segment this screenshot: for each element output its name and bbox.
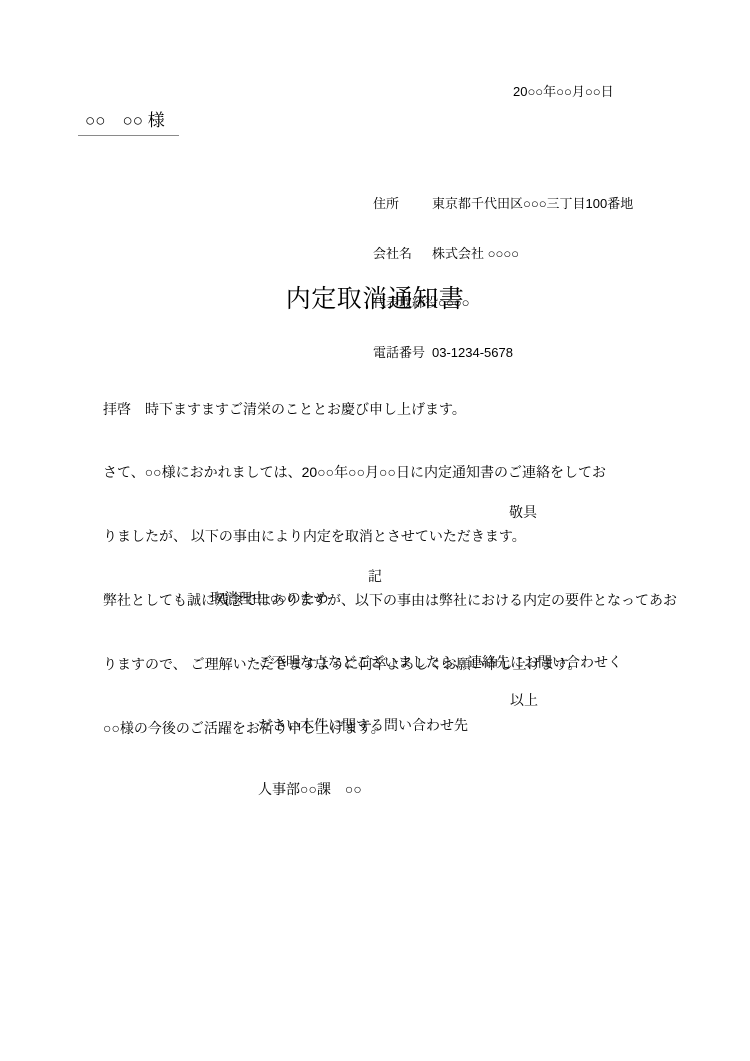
sender-row: 住所 東京都千代田区○○○三丁目100番地: [373, 196, 633, 213]
inquiry-notes: ご不明な点などございましたら、連絡先にお問い合わせく ださい本件に関する問い合わ…: [258, 609, 622, 843]
sender-company-value: 株式会社 ○○○○: [432, 246, 519, 263]
body-line: さて、○○様におかれましては、20○○年○○月○○日に内定通知書のご連絡をしてお: [103, 462, 677, 483]
inquiry-note-line: ご不明な点などございましたら、連絡先にお問い合わせく: [258, 652, 622, 673]
date-line: 20○○年○○月○○日: [513, 83, 614, 100]
sender-company-label: 会社名: [373, 246, 432, 263]
record-heading: 記: [0, 566, 750, 586]
cancellation-reason: 取消理由 ○○のため: [210, 588, 329, 609]
inquiry-note-line: 人事部○○課 ○○: [258, 779, 622, 800]
closing-salutation: 敬具: [509, 502, 537, 522]
letter-page: 20○○年○○月○○日 ○○ ○○ 様 住所 東京都千代田区○○○三丁目100番…: [0, 0, 750, 1061]
sender-address-label: 住所: [373, 196, 432, 213]
end-mark: 以上: [510, 690, 538, 710]
body-line: りましたが、 以下の事由により内定を取消とさせていただきます。: [103, 526, 677, 547]
document-title: 内定取消通知書: [0, 283, 750, 315]
sender-address-value: 東京都千代田区○○○三丁目100番地: [432, 196, 633, 213]
sender-row: 会社名 株式会社 ○○○○: [373, 246, 633, 263]
body-line: 拝啓 時下ますますご清栄のこととお慶び申し上げます。: [103, 399, 677, 420]
inquiry-note-line: ださい本件に関する問い合わせ先: [258, 715, 622, 736]
recipient-name: ○○ ○○ 様: [78, 109, 179, 136]
